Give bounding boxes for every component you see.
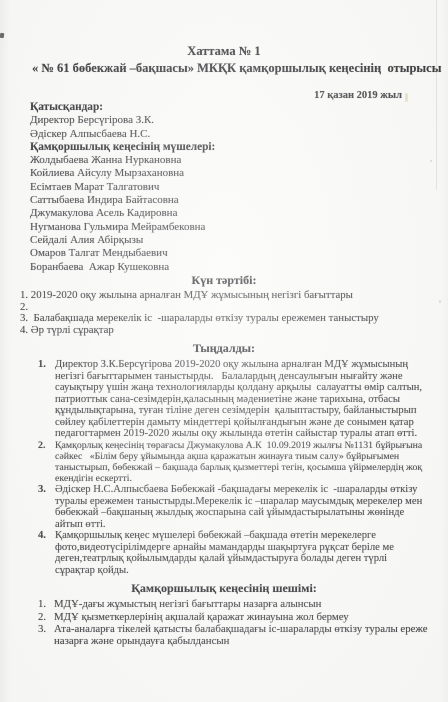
agenda-item: 4. Әр түрлі сұрақтар [20,325,448,337]
document-header: Хаттама № 1 « № 61 бөбекжай –бақшасы» МК… [0,44,448,101]
heard-item-text: Қамқорлық кеңесінің төрағасы Джумакулова… [55,440,428,485]
member-name: Боранбаева Ажар Кушековна [30,261,215,274]
member-name: Джумакулова Асель Кадировна [30,207,215,220]
heard-item-number: 4. [38,530,55,576]
decision-item-number: 3. [38,623,54,647]
heard-item: 1. Директор З.К.Берсүгірова 2019-2020 оқ… [38,359,428,440]
scan-speck-artifact [430,160,432,162]
heard-item-text: Әдіскер Н.С.Алпысбаева Бөбекжай -бақшада… [55,484,428,530]
decision-item-text: МДҰ қызметкерлерінің ақшалай қаражат жин… [54,611,430,623]
participants-heading: Қатысқандар: [30,101,215,114]
decision-item-number: 1. [38,598,54,610]
heard-item: 3. Әдіскер Н.С.Алпысбаева Бөбекжай -бақш… [38,484,428,530]
member-name: Есімтаев Марат Талгатович [30,181,215,194]
participant-name: Әдіскер Алпысбаева Н.С. [30,128,215,141]
participants-section: Қатысқандар: Директор Берсүгірова З.К. Ә… [30,101,215,274]
heard-item: 2. Қамқорлық кеңесінің төрағасы Джумакул… [38,440,428,485]
decision-item-text: МДҰ-дағы жұмыстың негізгі бағыттары наза… [54,598,430,610]
document-title: Хаттама № 1 [0,44,448,59]
agenda-item: 1. 2019-2020 оқу жылына арналған МДҰ жұм… [20,290,448,302]
participant-name: Директор Берсүгірова З.К. [30,114,215,127]
agenda-heading: Күн тәртібі: [0,273,448,288]
decision-list: 1. МДҰ-дағы жұмыстың негізгі бағыттары н… [38,598,430,647]
heard-item-text: Қамқоршылық кеңес мүшелері бөбекжай –бақ… [55,530,428,576]
member-name: Саттыбаева Индира Байтасовна [30,194,215,207]
agenda-section: Күн тәртібі: 1. 2019-2020 оқу жылына арн… [0,273,448,336]
scan-smudge-artifact [0,33,4,39]
member-name: Нугманова Гульмира Мейрамбековна [30,221,215,234]
heard-heading: Тыңдалды: [0,341,448,356]
heard-item-text: Директор З.К.Берсүгірова 2019-2020 оқу ж… [55,359,428,440]
heard-item: 4. Қамқоршылық кеңес мүшелері бөбекжай –… [38,530,428,576]
member-name: Жолдыбаева Жанна Нуркановна [30,154,215,167]
heard-list: 1. Директор З.К.Берсүгірова 2019-2020 оқ… [38,359,428,576]
scanned-document-page: Хаттама № 1 « № 61 бөбекжай –бақшасы» МК… [0,0,448,702]
decision-item-number: 2. [38,611,54,623]
heard-item-number: 1. [38,359,55,440]
decision-heading: Қамқоршылық кеңесінің шешімі: [0,581,448,596]
document-date: 17 қазан 2019 жыл [0,90,402,101]
heard-section: Тыңдалды: 1. Директор З.К.Берсүгірова 20… [0,341,448,647]
member-name: Сейдалі Алия Абірқызы [30,234,215,247]
member-name: Койлиева Айсулу Мырзахановна [30,167,215,180]
decision-item-text: Ата-аналарға тікелей қатысты балабақшада… [54,623,430,647]
member-name: Омаров Талгат Мендыбаевич [30,247,215,260]
decision-item: 2. МДҰ қызметкерлерінің ақшалай қаражат … [38,611,430,623]
document-subtitle: « № 61 бөбекжай –бақшасы» МКҚК қамқоршыл… [32,61,448,76]
heard-item-number: 2. [38,440,55,485]
members-heading: Қамқоршылық кеңесінің мүшелері: [30,141,215,154]
agenda-list: 1. 2019-2020 оқу жылына арналған МДҰ жұм… [20,290,448,336]
decision-item: 3. Ата-аналарға тікелей қатысты балабақш… [38,623,430,647]
heard-item-number: 3. [38,484,55,530]
decision-item: 1. МДҰ-дағы жұмыстың негізгі бағыттары н… [38,598,430,610]
